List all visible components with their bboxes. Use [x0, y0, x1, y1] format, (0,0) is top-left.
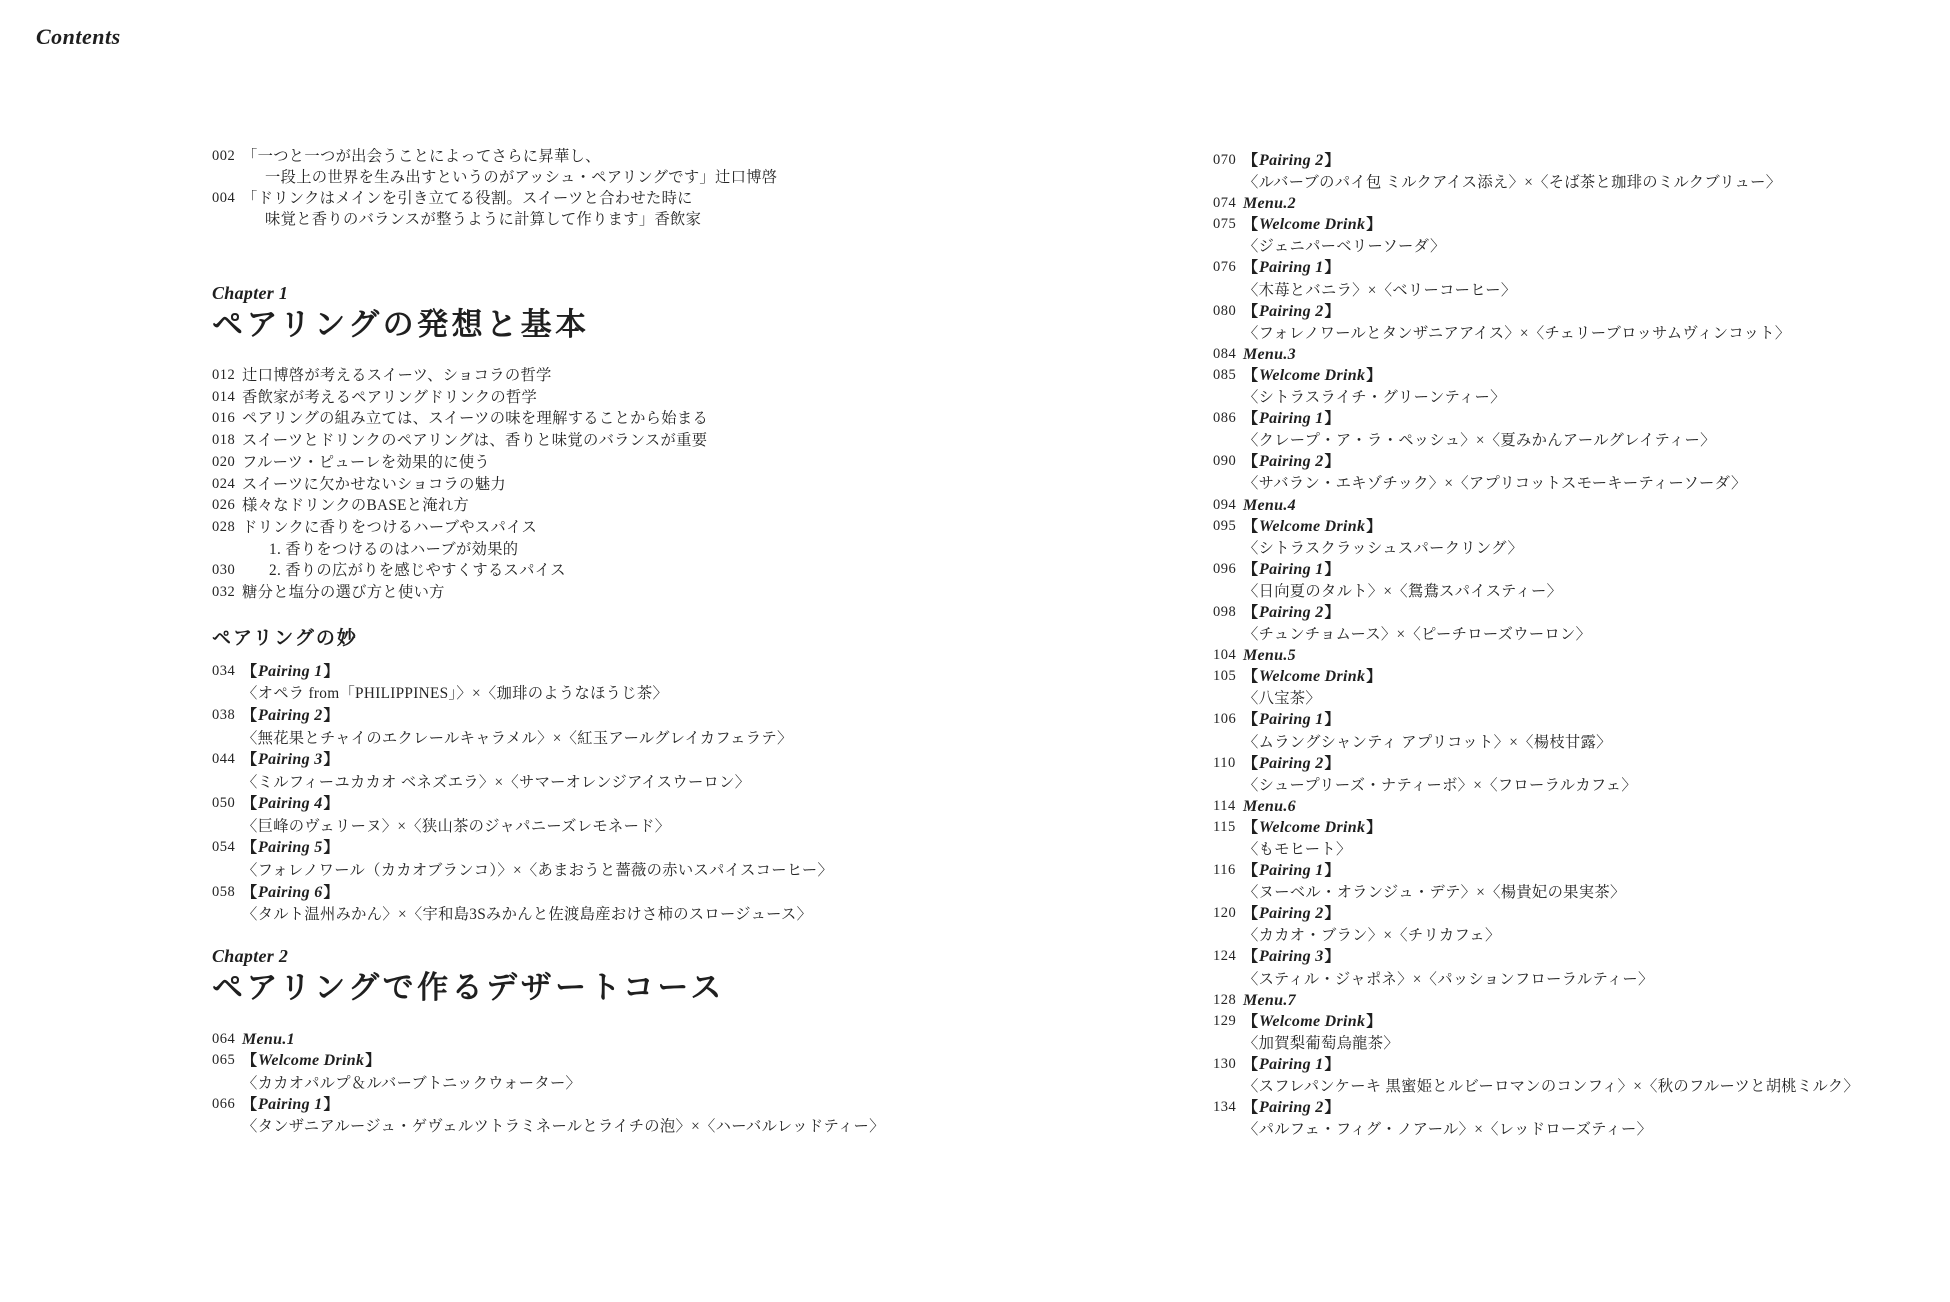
tag-open-bracket: 【 — [1243, 217, 1258, 233]
tag-label: Pairing 1 — [1258, 561, 1325, 578]
entry-tag: 【Pairing 4】 — [242, 793, 1062, 816]
entry-tag: 【Welcome Drink】 — [1243, 817, 1943, 839]
left-column: 002 「一つと一つが出会うことによってさらに昇華し、 一段上の世界を生み出すと… — [212, 146, 1062, 1138]
menu-label: Menu.7 — [1243, 990, 1943, 1011]
entry-tag: 【Pairing 1】 — [242, 661, 1062, 684]
pairing-detail: 〈シュープリーズ・ナティーボ〉×〈フローラルカフェ〉 — [1243, 775, 1943, 796]
tag-label: Pairing 2 — [1258, 755, 1325, 772]
page-number: 028 — [212, 517, 242, 539]
tag-close-bracket: 】 — [1325, 562, 1340, 578]
tag-open-bracket: 【 — [242, 840, 257, 856]
page-number: 075 — [1213, 214, 1243, 235]
tag-open-bracket: 【 — [242, 752, 257, 768]
tag-close-bracket: 】 — [324, 796, 339, 812]
page-number: 116 — [1213, 860, 1243, 881]
pairing-detail: 〈スティル・ジャポネ〉×〈パッションフローラルティー〉 — [1243, 969, 1943, 990]
entry-text: フルーツ・ピューレを効果的に使う — [242, 452, 1062, 474]
page-number: 002 — [212, 146, 242, 167]
pairing-detail: 〈ヌーベル・オランジュ・デテ〉×〈楊貴妃の果実茶〉 — [1243, 882, 1943, 903]
tag-label: Pairing 4 — [257, 795, 324, 812]
page-number: 120 — [1213, 903, 1243, 924]
pairing-detail: 〈カカオパルプ＆ルバーブトニックウォーター〉 — [242, 1073, 1062, 1094]
toc-entry: 124 【Pairing 3】 〈スティル・ジャポネ〉×〈パッションフローラルテ… — [1213, 946, 1943, 989]
toc-entry: 106 【Pairing 1】 〈ムラングシャンティ アプリコット〉×〈楊枝甘露… — [1213, 709, 1943, 752]
tag-open-bracket: 【 — [242, 708, 257, 724]
tag-label: Pairing 2 — [257, 707, 324, 724]
pairing-detail: 〈ムラングシャンティ アプリコット〉×〈楊枝甘露〉 — [1243, 732, 1943, 753]
tag-open-bracket: 【 — [1243, 260, 1258, 276]
page-number: 090 — [1213, 451, 1243, 472]
page-number: 044 — [212, 749, 242, 771]
toc-entry: 086 【Pairing 1】 〈クレープ・ア・ラ・ペッシュ〉×〈夏みかんアール… — [1213, 408, 1943, 451]
entry-tag: 【Pairing 1】 — [1243, 257, 1943, 279]
page-number: 124 — [1213, 946, 1243, 967]
entry-tag: 【Welcome Drink】 — [1243, 214, 1943, 236]
toc-entry: 016 ペアリングの組み立ては、スイーツの味を理解することから始まる — [212, 408, 1062, 430]
toc-entry: 002 「一つと一つが出会うことによってさらに昇華し、 一段上の世界を生み出すと… — [212, 146, 1062, 188]
tag-close-bracket: 】 — [1325, 411, 1340, 427]
page-number: 050 — [212, 793, 242, 815]
toc-entry: 096 【Pairing 1】 〈日向夏のタルト〉×〈鴛鴦スパイスティー〉 — [1213, 559, 1943, 602]
tag-label: Welcome Drink — [1258, 668, 1366, 685]
pairing-detail: 〈フォレノワール（カカオブランコ）〉×〈あまおうと薔薇の赤いスパイスコーヒー〉 — [242, 860, 1062, 882]
menu-label: Menu.4 — [1243, 495, 1943, 516]
pairing-detail: 〈もモヒート〉 — [1243, 839, 1943, 860]
tag-close-bracket: 】 — [1325, 712, 1340, 728]
right-item-list: 070 【Pairing 2】 〈ルバーブのパイ包 ミルクアイス添え〉×〈そば茶… — [1213, 150, 1943, 1140]
toc-entry: 115 【Welcome Drink】 〈もモヒート〉 — [1213, 817, 1943, 860]
menu-label: Menu.1 — [242, 1029, 1062, 1050]
pairing-detail: 〈加賀梨葡萄烏龍茶〉 — [1243, 1033, 1943, 1054]
chapter-title: ペアリングで作るデザートコース — [212, 968, 1062, 1008]
entry-text-continued: 一段上の世界を生み出すというのがアッシュ・ペアリングです」辻口博啓 — [242, 167, 1062, 188]
tag-close-bracket: 】 — [1325, 605, 1340, 621]
chapter-label: Chapter 1 — [212, 281, 1062, 305]
toc-entry: 058 【Pairing 6】 〈タルト温州みかん〉×〈宇和島3Sみかんと佐渡島… — [212, 882, 1062, 926]
tag-label: Pairing 1 — [1258, 259, 1325, 276]
chapter-1-items: 012 辻口博啓が考えるスイーツ、ショコラの哲学 014 香飲家が考えるペアリン… — [212, 365, 1062, 604]
page-number: 004 — [212, 188, 242, 209]
toc-entry: 014 香飲家が考えるペアリングドリンクの哲学 — [212, 387, 1062, 409]
page-number: 065 — [212, 1050, 242, 1071]
chapter-2-heading: Chapter 2 ペアリングで作るデザートコース — [212, 944, 1062, 1008]
toc-entry: 020 フルーツ・ピューレを効果的に使う — [212, 452, 1062, 474]
entry-tag: 【Pairing 2】 — [1243, 150, 1943, 172]
pairing-detail: 〈ミルフィーユカカオ ベネズエラ〉×〈サマーオレンジアイスウーロン〉 — [242, 772, 1062, 794]
pairing-detail: 〈巨峰のヴェリーヌ〉×〈狭山茶のジャパニーズレモネード〉 — [242, 816, 1062, 838]
entry-tag: 【Pairing 1】 — [1243, 860, 1943, 882]
tag-label: Pairing 2 — [1258, 604, 1325, 621]
entry-text: 「一つと一つが出会うことによってさらに昇華し、 — [242, 146, 1062, 167]
page-number: 076 — [1213, 257, 1243, 278]
tag-open-bracket: 【 — [1243, 153, 1258, 169]
pairing-detail: 〈オペラ from「PHILIPPINES」〉×〈珈琲のようなほうじ茶〉 — [242, 683, 1062, 705]
toc-entry: 018 スイーツとドリンクのペアリングは、香りと味覚のバランスが重要 — [212, 430, 1062, 452]
pairing-detail: 〈ジェニパーベリーソーダ〉 — [1243, 236, 1943, 257]
entry-text: 2. 香りの広がりを感じやすくするスパイス — [242, 560, 1062, 582]
entry-tag: 【Pairing 2】 — [1243, 903, 1943, 925]
toc-entry: 004 「ドリンクはメインを引き立てる役割。スイーツと合わせた時に 味覚と香りの… — [212, 188, 1062, 230]
tag-open-bracket: 【 — [1243, 454, 1258, 470]
entry-tag: 【Pairing 5】 — [242, 837, 1062, 860]
entry-tag: 【Pairing 2】 — [1243, 602, 1943, 624]
tag-close-bracket: 】 — [1325, 1057, 1340, 1073]
tag-open-bracket: 【 — [1243, 1014, 1258, 1030]
tag-open-bracket: 【 — [242, 1097, 257, 1113]
quote-list: 002 「一つと一つが出会うことによってさらに昇華し、 一段上の世界を生み出すと… — [212, 146, 1062, 230]
tag-label: Pairing 2 — [1258, 303, 1325, 320]
tag-close-bracket: 】 — [1366, 669, 1381, 685]
tag-label: Pairing 1 — [1258, 711, 1325, 728]
page-number: 030 — [212, 560, 242, 582]
tag-label: Pairing 6 — [257, 884, 324, 901]
page-number: 086 — [1213, 408, 1243, 429]
entry-tag: 【Pairing 1】 — [1243, 709, 1943, 731]
section-title: ペアリングの妙 — [212, 628, 1062, 650]
entry-tag: 【Welcome Drink】 — [1243, 1011, 1943, 1033]
page-number: 064 — [212, 1029, 242, 1050]
tag-open-bracket: 【 — [242, 885, 257, 901]
chapter-1-heading: Chapter 1 ペアリングの発想と基本 — [212, 281, 1062, 345]
pairing-detail: 〈フォレノワールとタンザニアアイス〉×〈チェリーブロッサムヴィンコット〉 — [1243, 323, 1943, 344]
page-number: 032 — [212, 582, 242, 604]
tag-label: Welcome Drink — [257, 1052, 365, 1069]
tag-open-bracket: 【 — [1243, 1057, 1258, 1073]
tag-close-bracket: 】 — [1366, 820, 1381, 836]
tag-label: Pairing 1 — [257, 663, 324, 680]
tag-close-bracket: 】 — [324, 752, 339, 768]
entry-text: スイーツとドリンクのペアリングは、香りと味覚のバランスが重要 — [242, 430, 1062, 452]
tag-open-bracket: 【 — [1243, 605, 1258, 621]
pairing-detail: 〈木苺とバニラ〉×〈ベリーコーヒー〉 — [1243, 280, 1943, 301]
tag-open-bracket: 【 — [1243, 411, 1258, 427]
page-number: 054 — [212, 837, 242, 859]
entry-tag: 【Pairing 1】 — [1243, 559, 1943, 581]
entry-tag: 【Welcome Drink】 — [242, 1050, 1062, 1072]
entry-text: 様々なドリンクのBASEと淹れ方 — [242, 495, 1062, 517]
tag-open-bracket: 【 — [1243, 906, 1258, 922]
tag-label: Pairing 2 — [1258, 152, 1325, 169]
tag-open-bracket: 【 — [1243, 863, 1258, 879]
tag-open-bracket: 【 — [1243, 712, 1258, 728]
entry-subtext: 1. 香りをつけるのはハーブが効果的 — [242, 539, 1062, 561]
tag-label: Welcome Drink — [1258, 367, 1366, 384]
page-number: 020 — [212, 452, 242, 474]
toc-entry: 030 2. 香りの広がりを感じやすくするスパイス — [212, 560, 1062, 582]
pairing-detail: 〈八宝茶〉 — [1243, 688, 1943, 709]
toc-entry: 065 【Welcome Drink】 〈カカオパルプ＆ルバーブトニックウォータ… — [212, 1050, 1062, 1094]
pairing-detail: 〈日向夏のタルト〉×〈鴛鴦スパイスティー〉 — [1243, 581, 1943, 602]
tag-open-bracket: 【 — [1243, 669, 1258, 685]
toc-entry: 090 【Pairing 2】 〈サバラン・エキゾチック〉×〈アプリコットスモー… — [1213, 451, 1943, 494]
toc-entry: 085 【Welcome Drink】 〈シトラスライチ・グリーンティー〉 — [1213, 365, 1943, 408]
toc-entry: 074 Menu.2 — [1213, 193, 1943, 214]
page-number: 080 — [1213, 301, 1243, 322]
toc-entry: 026 様々なドリンクのBASEと淹れ方 — [212, 495, 1062, 517]
page-number: 085 — [1213, 365, 1243, 386]
tag-label: Welcome Drink — [1258, 216, 1366, 233]
tag-open-bracket: 【 — [1243, 949, 1258, 965]
pairing-detail: 〈チュンチョムース〉×〈ピーチローズウーロン〉 — [1243, 624, 1943, 645]
tag-label: Pairing 5 — [257, 839, 324, 856]
toc-entry: 130 【Pairing 1】 〈スフレパンケーキ 黒蜜姫とルビーロマンのコンフ… — [1213, 1054, 1943, 1097]
tag-close-bracket: 】 — [1366, 1014, 1381, 1030]
tag-close-bracket: 】 — [324, 664, 339, 680]
tag-close-bracket: 】 — [1325, 756, 1340, 772]
page-number: 066 — [212, 1094, 242, 1115]
pairing-detail: 〈クレープ・ア・ラ・ペッシュ〉×〈夏みかんアールグレイティー〉 — [1243, 430, 1943, 451]
toc-entry: 024 スイーツに欠かせないショコラの魅力 — [212, 474, 1062, 496]
toc-entry: 095 【Welcome Drink】 〈シトラスクラッシュスパークリング〉 — [1213, 516, 1943, 559]
tag-label: Pairing 1 — [1258, 410, 1325, 427]
tag-close-bracket: 】 — [1325, 260, 1340, 276]
toc-entry: 116 【Pairing 1】 〈ヌーベル・オランジュ・デテ〉×〈楊貴妃の果実茶… — [1213, 860, 1943, 903]
chapter-2-items: 064 Menu.1 065 【Welcome Drink】 〈カカオパルプ＆ル… — [212, 1029, 1062, 1138]
page-number: 128 — [1213, 990, 1243, 1011]
page-number: 012 — [212, 365, 242, 387]
tag-close-bracket: 】 — [365, 1053, 380, 1069]
pairing-detail: 〈ルバーブのパイ包 ミルクアイス添え〉×〈そば茶と珈琲のミルクブリュー〉 — [1243, 172, 1943, 193]
entry-tag: 【Pairing 1】 — [242, 1094, 1062, 1116]
tag-close-bracket: 】 — [1325, 863, 1340, 879]
pairing-list: 034 【Pairing 1】 〈オペラ from「PHILIPPINES」〉×… — [212, 661, 1062, 926]
page-number: 130 — [1213, 1054, 1243, 1075]
tag-label: Pairing 2 — [1258, 1099, 1325, 1116]
toc-entry: 076 【Pairing 1】 〈木苺とバニラ〉×〈ベリーコーヒー〉 — [1213, 257, 1943, 300]
page-number: 095 — [1213, 516, 1243, 537]
menu-label: Menu.6 — [1243, 796, 1943, 817]
toc-entry: 054 【Pairing 5】 〈フォレノワール（カカオブランコ）〉×〈あまおう… — [212, 837, 1062, 881]
right-column: 070 【Pairing 2】 〈ルバーブのパイ包 ミルクアイス添え〉×〈そば茶… — [1213, 150, 1943, 1140]
toc-entry: 094 Menu.4 — [1213, 495, 1943, 516]
toc-entry: 120 【Pairing 2】 〈カカオ・ブラン〉×〈チリカフェ〉 — [1213, 903, 1943, 946]
toc-entry: 114 Menu.6 — [1213, 796, 1943, 817]
tag-open-bracket: 【 — [1243, 1100, 1258, 1116]
toc-entry: 134 【Pairing 2】 〈パルフェ・フィグ・ノアール〉×〈レッドローズテ… — [1213, 1097, 1943, 1140]
page-number: 134 — [1213, 1097, 1243, 1118]
toc-entry: 128 Menu.7 — [1213, 990, 1943, 1011]
pairing-detail: 〈タルト温州みかん〉×〈宇和島3Sみかんと佐渡島産おけさ柿のスロージュース〉 — [242, 904, 1062, 926]
page-number: 058 — [212, 882, 242, 904]
tag-close-bracket: 】 — [1325, 304, 1340, 320]
toc-entry: 012 辻口博啓が考えるスイーツ、ショコラの哲学 — [212, 365, 1062, 387]
page-number: 096 — [1213, 559, 1243, 580]
page-number: 014 — [212, 387, 242, 409]
page-number: 115 — [1213, 817, 1243, 838]
page-number: 026 — [212, 495, 242, 517]
tag-label: Welcome Drink — [1258, 819, 1366, 836]
toc-entry: 034 【Pairing 1】 〈オペラ from「PHILIPPINES」〉×… — [212, 661, 1062, 705]
toc-entry: 070 【Pairing 2】 〈ルバーブのパイ包 ミルクアイス添え〉×〈そば茶… — [1213, 150, 1943, 193]
tag-open-bracket: 【 — [1243, 304, 1258, 320]
tag-label: Pairing 1 — [1258, 862, 1325, 879]
page-number: 104 — [1213, 645, 1243, 666]
tag-close-bracket: 】 — [1325, 906, 1340, 922]
pairing-detail: 〈シトラスクラッシュスパークリング〉 — [1243, 538, 1943, 559]
tag-open-bracket: 【 — [1243, 368, 1258, 384]
toc-entry: 064 Menu.1 — [212, 1029, 1062, 1050]
pairing-detail: 〈無花果とチャイのエクレールキャラメル〉×〈紅玉アールグレイカフェラテ〉 — [242, 728, 1062, 750]
page-number: 084 — [1213, 344, 1243, 365]
tag-close-bracket: 】 — [1366, 519, 1381, 535]
toc-entry: 032 糖分と塩分の選び方と使い方 — [212, 582, 1062, 604]
chapter-title: ペアリングの発想と基本 — [212, 305, 1062, 345]
tag-close-bracket: 】 — [1366, 368, 1381, 384]
page-title: Contents — [36, 24, 121, 50]
page-number: 110 — [1213, 753, 1243, 774]
tag-label: Pairing 2 — [1258, 453, 1325, 470]
entry-text: 辻口博啓が考えるスイーツ、ショコラの哲学 — [242, 365, 1062, 387]
tag-label: Welcome Drink — [1258, 1013, 1366, 1030]
tag-label: Pairing 3 — [257, 751, 324, 768]
page-number: 070 — [1213, 150, 1243, 171]
menu-label: Menu.3 — [1243, 344, 1943, 365]
toc-entry: 028 ドリンクに香りをつけるハーブやスパイス 1. 香りをつけるのはハーブが効… — [212, 517, 1062, 560]
tag-close-bracket: 】 — [324, 1097, 339, 1113]
tag-close-bracket: 】 — [1325, 1100, 1340, 1116]
menu-label: Menu.5 — [1243, 645, 1943, 666]
entry-text: ペアリングの組み立ては、スイーツの味を理解することから始まる — [242, 408, 1062, 430]
tag-label: Welcome Drink — [1258, 518, 1366, 535]
entry-tag: 【Welcome Drink】 — [1243, 666, 1943, 688]
pairing-detail: 〈カカオ・ブラン〉×〈チリカフェ〉 — [1243, 925, 1943, 946]
tag-close-bracket: 】 — [1325, 949, 1340, 965]
tag-close-bracket: 】 — [1366, 217, 1381, 233]
chapter-label: Chapter 2 — [212, 944, 1062, 968]
page-number: 034 — [212, 661, 242, 683]
toc-entry: 110 【Pairing 2】 〈シュープリーズ・ナティーボ〉×〈フローラルカフ… — [1213, 753, 1943, 796]
entry-tag: 【Pairing 1】 — [1243, 1054, 1943, 1076]
page-number: 105 — [1213, 666, 1243, 687]
toc-entry: 050 【Pairing 4】 〈巨峰のヴェリーヌ〉×〈狭山茶のジャパニーズレモ… — [212, 793, 1062, 837]
tag-label: Pairing 2 — [1258, 905, 1325, 922]
tag-open-bracket: 【 — [242, 1053, 257, 1069]
entry-text: スイーツに欠かせないショコラの魅力 — [242, 474, 1062, 496]
toc-entry: 066 【Pairing 1】 〈タンザニアルージュ・ゲヴェルツトラミネールとラ… — [212, 1094, 1062, 1138]
pairing-detail: 〈パルフェ・フィグ・ノアール〉×〈レッドローズティー〉 — [1243, 1119, 1943, 1140]
entry-tag: 【Pairing 1】 — [1243, 408, 1943, 430]
page-number: 038 — [212, 705, 242, 727]
entry-tag: 【Pairing 2】 — [242, 705, 1062, 728]
toc-entry: 044 【Pairing 3】 〈ミルフィーユカカオ ベネズエラ〉×〈サマーオレ… — [212, 749, 1062, 793]
entry-tag: 【Pairing 3】 — [242, 749, 1062, 772]
page-number: 114 — [1213, 796, 1243, 817]
entry-tag: 【Welcome Drink】 — [1243, 516, 1943, 538]
tag-close-bracket: 】 — [1325, 153, 1340, 169]
page-number: 098 — [1213, 602, 1243, 623]
entry-tag: 【Pairing 2】 — [1243, 451, 1943, 473]
tag-close-bracket: 】 — [324, 885, 339, 901]
entry-tag: 【Pairing 2】 — [1243, 301, 1943, 323]
page-number: 024 — [212, 474, 242, 496]
entry-text: ドリンクに香りをつけるハーブやスパイス — [242, 517, 1062, 539]
page-number: 094 — [1213, 495, 1243, 516]
toc-entry: 105 【Welcome Drink】 〈八宝茶〉 — [1213, 666, 1943, 709]
entry-tag: 【Pairing 3】 — [1243, 946, 1943, 968]
tag-close-bracket: 】 — [1325, 454, 1340, 470]
entry-tag: 【Pairing 2】 — [1243, 1097, 1943, 1119]
tag-label: Pairing 1 — [257, 1096, 324, 1113]
menu-label: Menu.2 — [1243, 193, 1943, 214]
pairing-detail: 〈スフレパンケーキ 黒蜜姫とルビーロマンのコンフィ〉×〈秋のフルーツと胡桃ミルク… — [1243, 1076, 1943, 1097]
entry-text-continued: 味覚と香りのバランスが整うように計算して作ります」香飲家 — [242, 209, 1062, 230]
toc-entry: 038 【Pairing 2】 〈無花果とチャイのエクレールキャラメル〉×〈紅玉… — [212, 705, 1062, 749]
contents-page: Contents 002 「一つと一つが出会うことによってさらに昇華し、 一段上… — [0, 0, 1950, 1302]
pairing-detail: 〈サバラン・エキゾチック〉×〈アプリコットスモーキーティーソーダ〉 — [1243, 473, 1943, 494]
tag-open-bracket: 【 — [1243, 562, 1258, 578]
tag-close-bracket: 】 — [324, 708, 339, 724]
toc-entry: 129 【Welcome Drink】 〈加賀梨葡萄烏龍茶〉 — [1213, 1011, 1943, 1054]
toc-entry: 080 【Pairing 2】 〈フォレノワールとタンザニアアイス〉×〈チェリー… — [1213, 301, 1943, 344]
entry-text: 糖分と塩分の選び方と使い方 — [242, 582, 1062, 604]
entry-text: 「ドリンクはメインを引き立てる役割。スイーツと合わせた時に — [242, 188, 1062, 209]
toc-entry: 104 Menu.5 — [1213, 645, 1943, 666]
pairing-detail: 〈タンザニアルージュ・ゲヴェルツトラミネールとライチの泡〉×〈ハーバルレッドティ… — [242, 1116, 1062, 1137]
tag-open-bracket: 【 — [1243, 756, 1258, 772]
entry-tag: 【Welcome Drink】 — [1243, 365, 1943, 387]
page-number: 016 — [212, 408, 242, 430]
page-number: 106 — [1213, 709, 1243, 730]
tag-open-bracket: 【 — [242, 796, 257, 812]
tag-open-bracket: 【 — [1243, 820, 1258, 836]
tag-open-bracket: 【 — [242, 664, 257, 680]
toc-entry: 098 【Pairing 2】 〈チュンチョムース〉×〈ピーチローズウーロン〉 — [1213, 602, 1943, 645]
page-number: 018 — [212, 430, 242, 452]
tag-open-bracket: 【 — [1243, 519, 1258, 535]
pairing-detail: 〈シトラスライチ・グリーンティー〉 — [1243, 387, 1943, 408]
tag-close-bracket: 】 — [324, 840, 339, 856]
entry-tag: 【Pairing 6】 — [242, 882, 1062, 905]
entry-tag: 【Pairing 2】 — [1243, 753, 1943, 775]
toc-entry: 075 【Welcome Drink】 〈ジェニパーベリーソーダ〉 — [1213, 214, 1943, 257]
page-number: 074 — [1213, 193, 1243, 214]
toc-entry: 084 Menu.3 — [1213, 344, 1943, 365]
entry-text: 香飲家が考えるペアリングドリンクの哲学 — [242, 387, 1062, 409]
page-number: 129 — [1213, 1011, 1243, 1032]
tag-label: Pairing 1 — [1258, 1056, 1325, 1073]
tag-label: Pairing 3 — [1258, 948, 1325, 965]
